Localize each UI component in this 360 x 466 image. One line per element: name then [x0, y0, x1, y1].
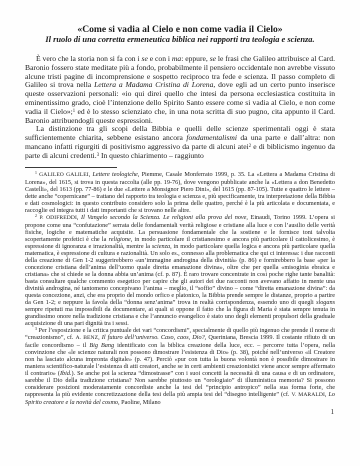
text-run: e con i	[148, 54, 172, 63]
text-run: , in modo particolare quella logica e an…	[25, 243, 335, 306]
article-subtitle: Il ruolo di una corretta ermeneutica bib…	[25, 35, 335, 45]
footnote: 3 Per l’esposizione e la critica puntual…	[25, 327, 335, 406]
text-run: scienza	[152, 243, 170, 250]
footnote-ref: 3	[97, 153, 99, 158]
body-paragraph: È vero che la storia non si fa con i se …	[25, 55, 335, 125]
text-run: ma	[172, 54, 181, 63]
footnote-ref: 3	[35, 327, 37, 331]
text-run: P. ODIFREDDI	[40, 215, 77, 221]
text-run: fondamentalismi	[186, 133, 237, 142]
document-page: «Come si vadia al Cielo e non come vadia…	[0, 0, 360, 466]
text-run: Il Vangelo secondo la Scienza. Le religi…	[81, 214, 246, 221]
text-run: V. MARALDI	[291, 392, 324, 398]
footnote-separator-rule	[25, 167, 117, 168]
article-body: È vero che la storia non si fa con i se …	[25, 55, 335, 161]
text-run: sempre ripetuti ma impossibili da docume…	[25, 306, 335, 327]
footnote: 2 P. ODIFREDDI, Il Vangelo secondo la Sc…	[25, 214, 335, 327]
text-run: Lettera a Madama Cristina di Lorena	[94, 80, 213, 89]
text-run: GALILEO GALILEI	[39, 172, 89, 178]
text-run: In questo chiarimento – raggiunto	[99, 151, 204, 160]
text-run: Ibid.	[60, 370, 72, 377]
text-run: slogans	[316, 299, 335, 306]
text-run: : eppure,	[181, 54, 209, 63]
text-run: , Paoline, Milano	[118, 399, 161, 406]
text-run: ). Se anche poi la scienza “dimostrasse”…	[25, 370, 335, 398]
text-run: A. BENZ	[76, 335, 99, 341]
text-run: È vero che la storia non si fa con i	[36, 54, 142, 63]
footnote-ref: 2	[35, 214, 37, 218]
footnote-ref: 1	[73, 109, 75, 114]
text-run: religione	[109, 236, 131, 243]
text-run: Big Bang	[89, 342, 114, 349]
footnote: 1 GALILEO GALILEI, Lettere teologiche, P…	[25, 171, 335, 214]
article-title: «Come si vadia al Cielo e non come vadia…	[25, 24, 335, 35]
footnote-ref: 2	[249, 144, 251, 149]
footnotes-section: 1 GALILEO GALILEI, Lettere teologiche, P…	[25, 171, 335, 406]
footnote-ref: 1	[35, 171, 37, 175]
text-run: Il futuro dell’universo. Caso, caos, Dio…	[102, 334, 205, 341]
text-run: Lettere teologiche	[92, 171, 137, 178]
body-paragraph: La distinzione tra gli scopi della Bibbi…	[25, 125, 335, 160]
page-number: 1	[25, 409, 335, 416]
